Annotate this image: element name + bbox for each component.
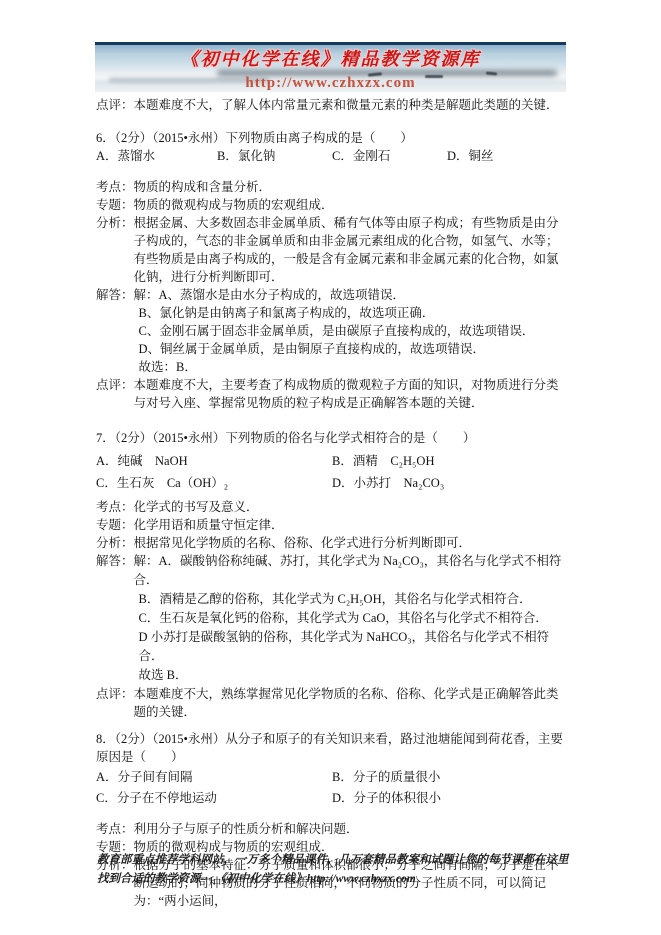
answer-line: 故选：B． xyxy=(134,358,566,376)
option-a: A．纯碱 NaOH xyxy=(96,450,332,472)
section-zhuanti: 专题： 化学用语和质量守恒定律． xyxy=(96,516,566,534)
answer-line: B．酒精是乙醇的俗称，其化学式为 C₂H₅OH，其俗名与化学式相符合． xyxy=(134,590,566,609)
section-label: 专题： xyxy=(96,516,134,534)
option-b: B．酒精 C₂H₅OH xyxy=(332,450,566,472)
section-text: 物质的微观构成与物质的宏观组成． xyxy=(134,196,566,214)
section-text: 物质的构成和含量分析． xyxy=(134,178,566,196)
option-c: C．金刚石 xyxy=(332,147,447,165)
section-text: 化学用语和质量守恒定律． xyxy=(134,516,566,534)
question-7: 7．（2分）（2015•永州）下列物质的俗名与化学式相符合的是（ ） A．纯碱 … xyxy=(96,429,566,721)
section-label: 分析： xyxy=(96,534,134,552)
section-text: 本题难度不大，熟练掌握常见化学物质的名称、俗称、化学式是正确解答此类题的关键． xyxy=(134,685,566,721)
answer-line: C、金刚石属于固态非金属单质，是由碳原子直接构成的，故选项错误． xyxy=(134,322,566,340)
site-banner: 《初中化学在线》精品教学资源库 http://www.czhxzx.com xyxy=(95,42,566,92)
answer-lines: 解：A、蒸馏水是由水分子构成的，故选项错误． B、氯化钠是由钠离子和氯离子构成的… xyxy=(134,286,566,376)
option-a: A．分子间有间隔 xyxy=(96,767,332,788)
option-d: D．铜丝 xyxy=(447,147,566,165)
section-kaodian: 考点： 物质的构成和含量分析． xyxy=(96,178,566,196)
answer-line: 故选 B． xyxy=(134,666,566,685)
option-b: B．分子的质量很小 xyxy=(332,767,566,788)
analysis-sections: 考点： 化学式的书写及意义． 专题： 化学用语和质量守恒定律． 分析： 根据常见… xyxy=(96,498,566,721)
footer-text: 教育部重点推荐学科网站，一万多个精品课件，几万套精品教案和试题让您的每节课都在这… xyxy=(97,854,569,885)
question-stem: 8．（2分）（2015•永州）从分子和原子的有关知识来看，路过池塘能闻到荷花香，… xyxy=(96,730,566,766)
section-dianping-top: 点评： 本题难度不大，了解人体内常量元素和微量元素的种类是解题此类题的关键． xyxy=(96,96,566,114)
options-row: A．纯碱 NaOH B．酒精 C₂H₅OH C．生石灰 Ca（OH）₂ D．小苏… xyxy=(96,450,566,494)
banner-url: http://www.czhxzx.com xyxy=(95,74,566,92)
section-text: 本题难度不大，了解人体内常量元素和微量元素的种类是解题此类题的关键． xyxy=(134,96,566,114)
answer-line: C．生石灰是氧化钙的俗称，其化学式为 CaO，其俗名与化学式不相符合． xyxy=(134,609,566,628)
options-row: A．分子间有间隔 B．分子的质量很小 C．分子在不停地运动 D．分子的体积很小 xyxy=(96,767,566,809)
option-c: C．生石灰 Ca（OH）₂ xyxy=(96,472,332,494)
answer-line: B、氯化钠是由钠离子和氯离子构成的，故选项正确． xyxy=(134,304,566,322)
question-stem: 6．（2分）（2015•永州）下列物质由离子构成的是（ ） xyxy=(96,129,566,147)
answer-line: 解：A．碳酸钠俗称纯碱、苏打，其化学式为 Na₂CO₃，其俗名与化学式不相符合． xyxy=(134,552,566,590)
answer-line: 解：A、蒸馏水是由水分子构成的，故选项错误． xyxy=(134,286,566,304)
document-body: 点评： 本题难度不大，了解人体内常量元素和微量元素的种类是解题此类题的关键． 6… xyxy=(96,96,566,910)
section-dianping: 点评： 本题难度不大，主要考查了构成物质的微观粒子方面的知识，对物质进行分类与对… xyxy=(96,376,566,412)
section-label: 考点： xyxy=(96,498,134,516)
section-jieda: 解答： 解：A、蒸馏水是由水分子构成的，故选项错误． B、氯化钠是由钠离子和氯离… xyxy=(96,286,566,376)
section-jieda: 解答： 解：A．碳酸钠俗称纯碱、苏打，其化学式为 Na₂CO₃，其俗名与化学式不… xyxy=(96,552,566,685)
section-label: 解答： xyxy=(96,286,134,304)
section-label: 专题： xyxy=(96,196,134,214)
section-zhuanti: 专题： 物质的微观构成与物质的宏观组成． xyxy=(96,196,566,214)
answer-line: D 小苏打是碳酸氢钠的俗称，其化学式为 NaHCO₃，其俗名与化学式不相符合． xyxy=(134,628,566,666)
section-label: 点评： xyxy=(96,96,134,114)
section-label: 解答： xyxy=(96,552,134,570)
page-footer: 教育部重点推荐学科网站，一万多个精品课件，几万套精品教案和试题让您的每节课都在这… xyxy=(97,851,571,889)
section-text: 本题难度不大，主要考查了构成物质的微观粒子方面的知识，对物质进行分类与对号入座、… xyxy=(134,376,566,412)
section-label: 点评： xyxy=(96,376,134,394)
answer-lines: 解：A．碳酸钠俗称纯碱、苏打，其化学式为 Na₂CO₃，其俗名与化学式不相符合．… xyxy=(134,552,566,685)
question-6: 6．（2分）（2015•永州）下列物质由离子构成的是（ ） A．蒸馏水 B．氯化… xyxy=(96,129,566,412)
section-text: 根据常见化学物质的名称、俗称、化学式进行分析判断即可． xyxy=(134,534,566,552)
section-text: 化学式的书写及意义． xyxy=(134,498,566,516)
answer-line: D、铜丝属于金属单质，是由铜原子直接构成的，故选项错误． xyxy=(134,340,566,358)
option-d: D．分子的体积很小 xyxy=(332,788,566,809)
options-row: A．蒸馏水 B．氯化钠 C．金刚石 D．铜丝 xyxy=(96,147,566,165)
banner-title: 《初中化学在线》精品教学资源库 xyxy=(95,50,566,68)
option-d: D．小苏打 Na₂CO₃ xyxy=(332,472,566,494)
analysis-sections: 考点： 物质的构成和含量分析． 专题： 物质的微观构成与物质的宏观组成． 分析：… xyxy=(96,178,566,412)
section-fenxi: 分析： 根据金属、大多数固态非金属单质、稀有气体等由原子构成；有些物质是由分子构… xyxy=(96,214,566,286)
option-c: C．分子在不停地运动 xyxy=(96,788,332,809)
option-b: B．氯化钠 xyxy=(217,147,332,165)
section-label: 点评： xyxy=(96,685,134,703)
option-a: A．蒸馏水 xyxy=(96,147,217,165)
question-stem: 7．（2分）（2015•永州）下列物质的俗名与化学式相符合的是（ ） xyxy=(96,429,566,447)
section-label: 考点： xyxy=(96,820,134,838)
section-label: 考点： xyxy=(96,178,134,196)
section-kaodian: 考点： 化学式的书写及意义． xyxy=(96,498,566,516)
section-text: 利用分子与原子的性质分析和解决问题． xyxy=(134,820,566,838)
section-text: 根据金属、大多数固态非金属单质、稀有气体等由原子构成；有些物质是由分子构成的，气… xyxy=(134,214,566,286)
section-dianping: 点评： 本题难度不大，熟练掌握常见化学物质的名称、俗称、化学式是正确解答此类题的… xyxy=(96,685,566,721)
section-kaodian: 考点： 利用分子与原子的性质分析和解决问题． xyxy=(96,820,566,838)
section-fenxi: 分析： 根据常见化学物质的名称、俗称、化学式进行分析判断即可． xyxy=(96,534,566,552)
document-page: 《初中化学在线》精品教学资源库 http://www.czhxzx.com 点评… xyxy=(0,0,661,935)
section-label: 分析： xyxy=(96,214,134,232)
